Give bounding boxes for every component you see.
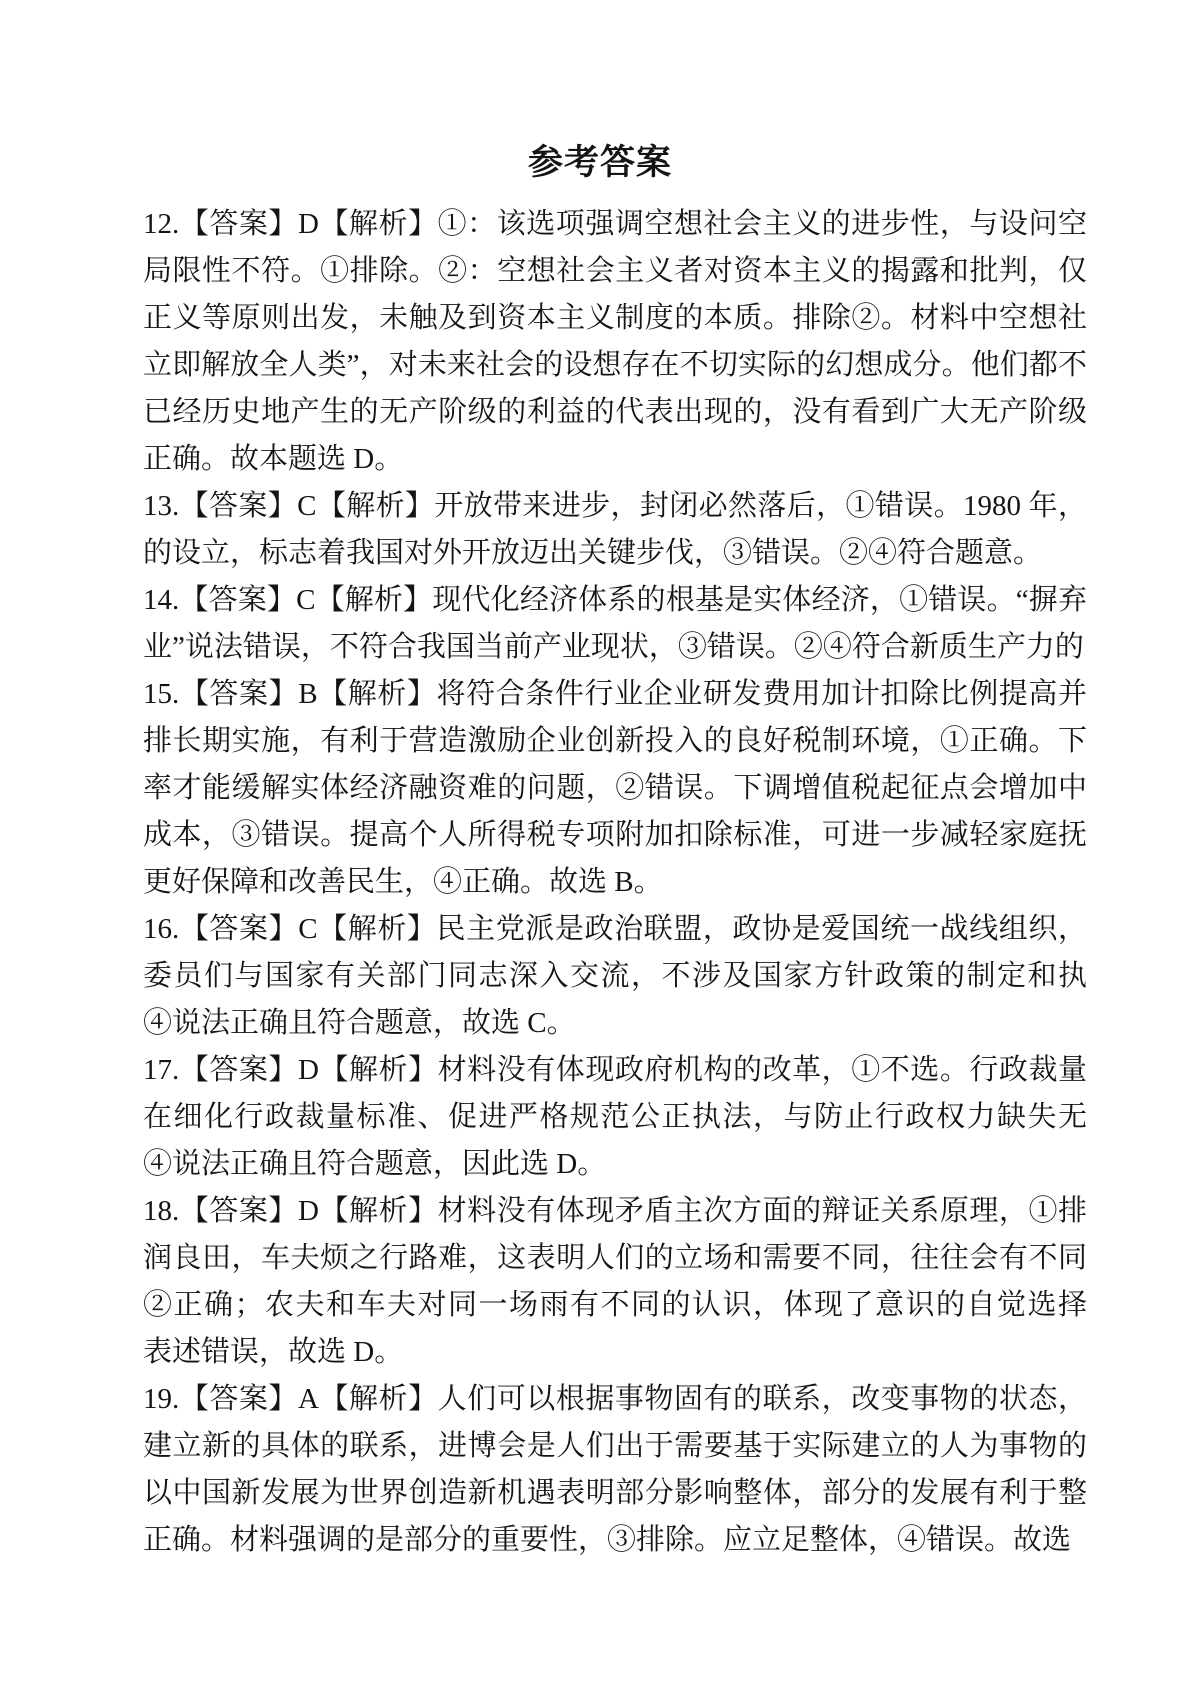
answer-line: 15.【答案】B【解析】将符合条件行业企业研发费用加计扣除比例提高并作为制度性安 (143, 671, 1087, 718)
answer-line: 表述错误，故选 D。 (143, 1329, 1087, 1376)
answer-item-12: 12.【答案】D【解析】①：该选项强调空想社会主义的进步性，与设问空想社会主义的… (143, 201, 1087, 483)
answer-line: 14.【答案】C【解析】现代化经济体系的根基是实体经济，①错误。“摒弃传统耗能产 (143, 577, 1087, 624)
answer-line: 已经历史地产生的无产阶级的利益的代表出现的，没有看到广大无产阶级的力量。③④ (143, 389, 1087, 436)
answer-line: 正确。材料强调的是部分的重要性，③排除。应立足整体，④错误。故选 A。 (143, 1517, 1087, 1564)
answer-line: ④说法正确且符合题意，因此选 D。 (143, 1141, 1087, 1188)
answer-line: ④说法正确且符合题意，故选 C。 (143, 1000, 1087, 1047)
answers-list: 12.【答案】D【解析】①：该选项强调空想社会主义的进步性，与设问空想社会主义的… (143, 201, 1087, 1564)
answer-line: 更好保障和改善民生，④正确。故选 B。 (143, 859, 1087, 906)
answer-line: 19.【答案】A【解析】人们可以根据事物固有的联系，改变事物的状态，调整原有联系… (143, 1376, 1087, 1423)
answer-line: 建立新的具体的联系，进博会是人们出于需要基于实际建立的人为事物的联系，①正确。 (143, 1423, 1087, 1470)
answer-line: 委员们与国家有关部门同志深入交流，不涉及国家方针政策的制定和执行，故③错。② (143, 953, 1087, 1000)
answer-line: 以中国新发展为世界创造新机遇表明部分影响整体，部分的发展有利于整体的发展，② (143, 1470, 1087, 1517)
answer-line: 正确。故本题选 D。 (143, 436, 1087, 483)
answer-line: 局限性不符。①排除。②：空想社会主义者对资本主义的揭露和批判，仅仅是从理性、 (143, 248, 1087, 295)
answer-line: 13.【答案】C【解析】开放带来进步，封闭必然落后，①错误。1980 年，四个经… (143, 483, 1087, 530)
answer-item-17: 17.【答案】D【解析】材料没有体现政府机构的改革，①不选。行政裁量权基准制度旨… (143, 1047, 1087, 1188)
answer-line: 排长期实施，有利于营造激励企业创新投入的良好税制环境，①正确。下调存款准备金 (143, 718, 1087, 765)
answer-item-15: 15.【答案】B【解析】将符合条件行业企业研发费用加计扣除比例提高并作为制度性安… (143, 671, 1087, 906)
answer-item-19: 19.【答案】A【解析】人们可以根据事物固有的联系，改变事物的状态，调整原有联系… (143, 1376, 1087, 1564)
answer-line: 18.【答案】D【解析】材料没有体现矛盾主次方面的辩证关系原理，①排除；农夫喜之 (143, 1188, 1087, 1235)
answer-line: 业”说法错误，不符合我国当前产业现状，③错误。②④符合新质生产力的要求。 (143, 624, 1087, 671)
answer-item-13: 13.【答案】C【解析】开放带来进步，封闭必然落后，①错误。1980 年，四个经… (143, 483, 1087, 577)
answer-line: ②正确；农夫和车夫对同一场雨有不同的认识，体现了意识的自觉选择性，④正确；③ (143, 1282, 1087, 1329)
answer-line: 立即解放全人类”，对未来社会的设想存在不切实际的幻想成分。他们都不是作为当时 (143, 342, 1087, 389)
answer-item-14: 14.【答案】C【解析】现代化经济体系的根基是实体经济，①错误。“摒弃传统耗能产… (143, 577, 1087, 671)
answer-line: 成本，③错误。提高个人所得税专项附加扣除标准，可进一步减轻家庭抚养赡养负担， (143, 812, 1087, 859)
answer-item-18: 18.【答案】D【解析】材料没有体现矛盾主次方面的辩证关系原理，①排除；农夫喜之… (143, 1188, 1087, 1376)
answer-line: 12.【答案】D【解析】①：该选项强调空想社会主义的进步性，与设问空想社会主义的 (143, 201, 1087, 248)
answer-line: 在细化行政裁量标准、促进严格规范公正执法，与防止行政权力缺失无关，③不选。② (143, 1094, 1087, 1141)
answer-line: 正义等原则出发，未触及到资本主义制度的本质。排除②。材料中空想社会主义者“想 (143, 295, 1087, 342)
answer-key-page: 参考答案 12.【答案】D【解析】①：该选项强调空想社会主义的进步性，与设问空想… (0, 0, 1200, 1698)
answer-line: 润良田，车夫烦之行路难，这表明人们的立场和需要不同，往往会有不同的价值判断， (143, 1235, 1087, 1282)
page-title: 参考答案 (0, 144, 1200, 182)
answer-line: 率才能缓解实体经济融资难的问题，②错误。下调增值税起征点会增加中小微企业生产 (143, 765, 1087, 812)
answer-item-16: 16.【答案】C【解析】民主党派是政治联盟，政协是爱国统一战线组织，故①错。政协… (143, 906, 1087, 1047)
answer-line: 16.【答案】C【解析】民主党派是政治联盟，政协是爱国统一战线组织，故①错。政协 (143, 906, 1087, 953)
answer-line: 17.【答案】D【解析】材料没有体现政府机构的改革，①不选。行政裁量权基准制度旨 (143, 1047, 1087, 1094)
answer-line: 的设立，标志着我国对外开放迈出关键步伐，③错误。②④符合题意。 (143, 530, 1087, 577)
